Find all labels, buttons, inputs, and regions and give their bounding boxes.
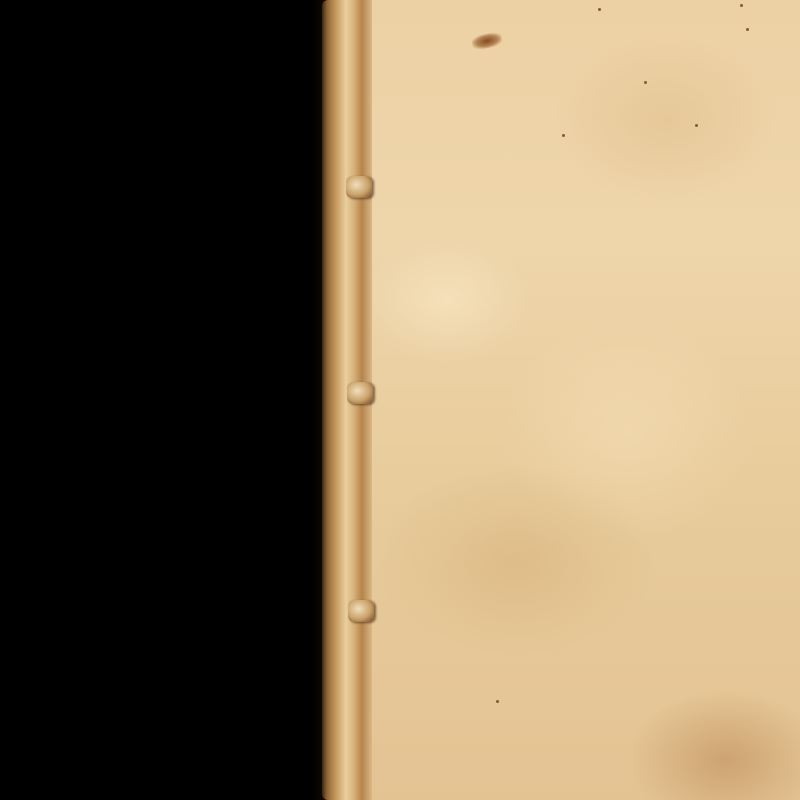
speck	[695, 124, 698, 127]
speck	[746, 28, 749, 31]
raised-spine-band-top	[346, 176, 372, 198]
speck	[562, 134, 565, 137]
speck	[496, 700, 499, 703]
photo-background	[0, 0, 800, 800]
speck	[740, 4, 743, 7]
speck	[644, 81, 647, 84]
raised-spine-band-bottom	[348, 600, 374, 622]
raised-spine-band-middle	[347, 382, 373, 404]
vellum-front-cover	[366, 0, 800, 800]
speck	[598, 8, 601, 11]
